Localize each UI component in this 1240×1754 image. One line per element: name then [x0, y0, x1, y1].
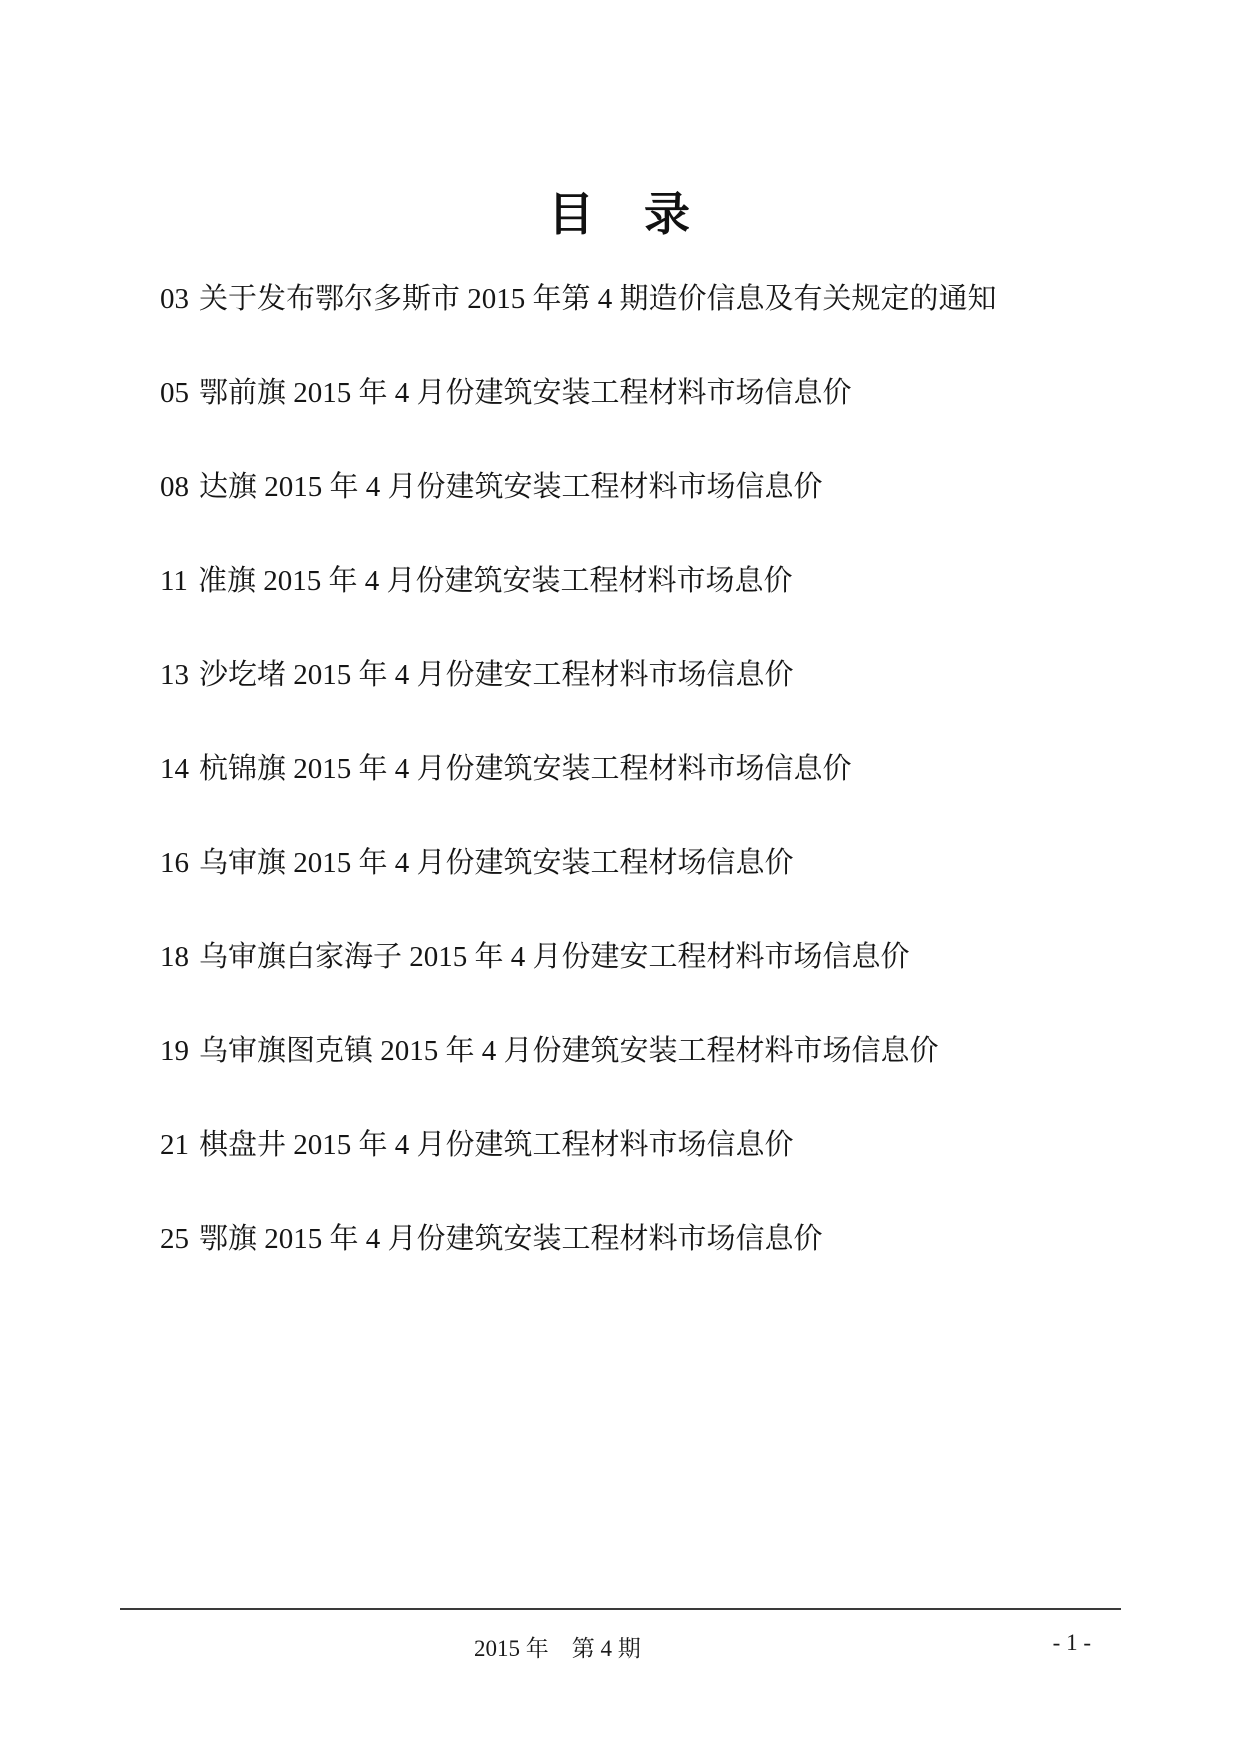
table-of-contents: 03关于发布鄂尔多斯市 2015 年第 4 期造价信息及有关规定的通知 05鄂前… — [160, 283, 1120, 1317]
footer-page-number: - 1 - — [1053, 1630, 1091, 1656]
page-title: 目 录 — [0, 178, 1240, 244]
page-footer: 2015 年 第 4 期 - 1 - — [120, 1608, 1121, 1670]
toc-entry-title: 鄂旗 2015 年 4 月份建筑安装工程材料市场信息价 — [199, 1223, 823, 1255]
toc-entry-title: 关于发布鄂尔多斯市 2015 年第 4 期造价信息及有关规定的通知 — [199, 283, 997, 315]
toc-entry: 13沙圪堵 2015 年 4 月份建安工程材料市场信息价 — [160, 659, 1120, 692]
toc-entry: 25鄂旗 2015 年 4 月份建筑安装工程材料市场信息价 — [160, 1223, 1120, 1256]
toc-entry-page-number: 19 — [160, 1035, 189, 1067]
toc-entry-page-number: 16 — [160, 847, 189, 879]
toc-entry-page-number: 08 — [160, 471, 189, 503]
toc-entry: 19乌审旗图克镇 2015 年 4 月份建筑安装工程材料市场信息价 — [160, 1035, 1120, 1068]
toc-entry: 08达旗 2015 年 4 月份建筑安装工程材料市场信息价 — [160, 471, 1120, 504]
toc-entry-page-number: 14 — [160, 753, 189, 785]
toc-entry-title: 鄂前旗 2015 年 4 月份建筑安装工程材料市场信息价 — [199, 377, 852, 409]
toc-entry: 14杭锦旗 2015 年 4 月份建筑安装工程材料市场信息价 — [160, 753, 1120, 786]
toc-entry: 18乌审旗白家海子 2015 年 4 月份建安工程材料市场信息价 — [160, 941, 1120, 974]
toc-entry: 03关于发布鄂尔多斯市 2015 年第 4 期造价信息及有关规定的通知 — [160, 283, 1120, 316]
toc-entry-title: 棋盘井 2015 年 4 月份建筑工程材料市场信息价 — [199, 1129, 794, 1161]
toc-entry-page-number: 03 — [160, 283, 189, 315]
toc-entry-page-number: 21 — [160, 1129, 189, 1161]
toc-entry-title: 乌审旗白家海子 2015 年 4 月份建安工程材料市场信息价 — [199, 941, 910, 973]
toc-entry-page-number: 11 — [160, 565, 188, 597]
toc-entry-title: 乌审旗 2015 年 4 月份建筑安装工程材场信息价 — [199, 847, 794, 879]
footer-issue-label: 2015 年 第 4 期 — [474, 1630, 641, 1663]
toc-entry-title: 杭锦旗 2015 年 4 月份建筑安装工程材料市场信息价 — [199, 753, 852, 785]
toc-entry-page-number: 25 — [160, 1223, 189, 1255]
toc-entry-title: 准旗 2015 年 4 月份建筑安装工程材料市场息价 — [198, 565, 793, 597]
toc-entry-page-number: 13 — [160, 659, 189, 691]
toc-entry-page-number: 05 — [160, 377, 189, 409]
toc-entry: 16乌审旗 2015 年 4 月份建筑安装工程材场信息价 — [160, 847, 1120, 880]
document-page: 目 录 03关于发布鄂尔多斯市 2015 年第 4 期造价信息及有关规定的通知 … — [0, 0, 1240, 1754]
toc-entry-title: 达旗 2015 年 4 月份建筑安装工程材料市场信息价 — [199, 471, 823, 503]
toc-entry-page-number: 18 — [160, 941, 189, 973]
toc-entry: 11准旗 2015 年 4 月份建筑安装工程材料市场息价 — [160, 565, 1120, 598]
toc-entry-title: 沙圪堵 2015 年 4 月份建安工程材料市场信息价 — [199, 659, 794, 691]
toc-entry: 21棋盘井 2015 年 4 月份建筑工程材料市场信息价 — [160, 1129, 1120, 1162]
toc-entry-title: 乌审旗图克镇 2015 年 4 月份建筑安装工程材料市场信息价 — [199, 1035, 939, 1067]
toc-entry: 05鄂前旗 2015 年 4 月份建筑安装工程材料市场信息价 — [160, 377, 1120, 410]
